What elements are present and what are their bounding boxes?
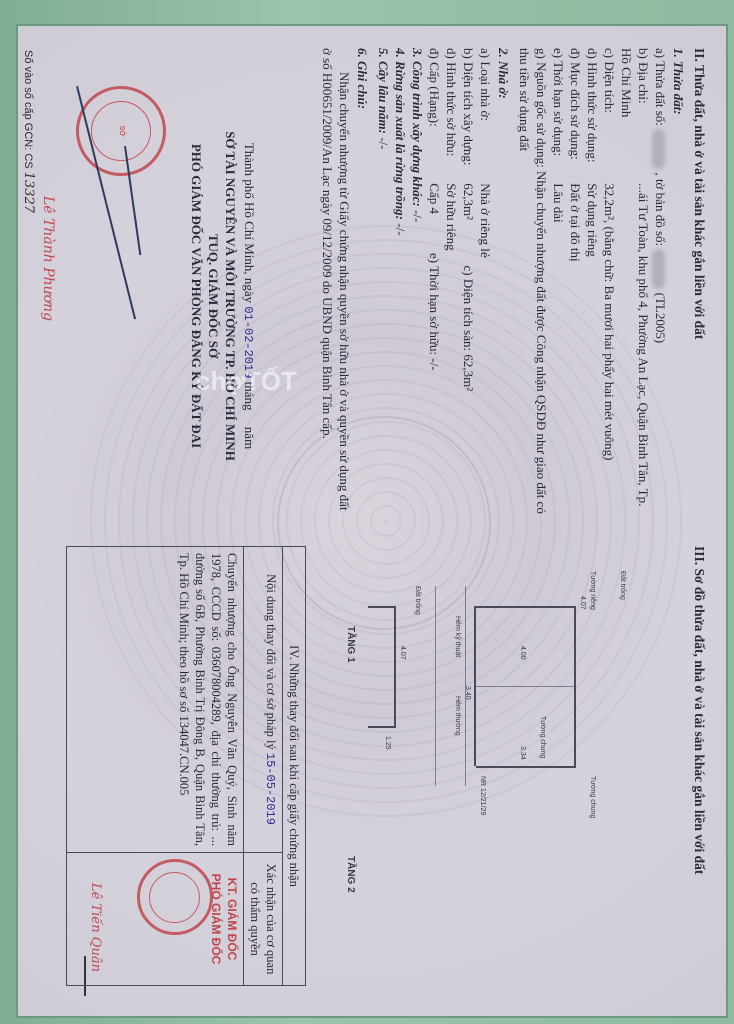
floor2-label: TẦNG 2 bbox=[345, 856, 356, 893]
issue-date-row: Thành phố Hồ Chí Minh, ngày 01-02-2019 t… bbox=[239, 86, 258, 506]
land-term-row: e) Thời hạn sử dụng: Lâu dài bbox=[550, 48, 567, 518]
signature-block: Thành phố Hồ Chí Minh, ngày 01-02-2019 t… bbox=[188, 86, 258, 506]
changes-table: IV. Những thay đổi sau khi cấp giấy chứn… bbox=[66, 546, 306, 986]
changes-header-row: Nội dung thay đổi và cơ sở pháp lý 15-05… bbox=[244, 547, 283, 986]
house-grade-row: đ) Cấp (Hạng): Cấp 4 e) Thời hạn sở hữu:… bbox=[426, 48, 443, 518]
changes-title-row: IV. Những thay đổi sau khi cấp giấy chứn… bbox=[283, 547, 306, 986]
land-heading: 1. Thửa đất: bbox=[670, 48, 687, 518]
official-red-stamp: SỞ bbox=[76, 86, 166, 176]
land-origin-row: g) Nguồn gốc sử dụng: Nhận chuyển nhượng… bbox=[516, 48, 550, 518]
section4-heading: IV. Những thay đổi sau khi cấp giấy chứn… bbox=[283, 547, 306, 986]
notes-heading: 6. Ghi chú: bbox=[354, 48, 371, 518]
document-photo: II. Thửa đất, nhà ở và tài sản khác gắn … bbox=[14, 26, 734, 1016]
notes-text: Nhận chuyển nhượng từ Giấy chứng nhận qu… bbox=[319, 48, 353, 518]
confirm-signer: Lê Tiến Quân bbox=[87, 883, 103, 972]
land-certificate-page: II. Thửa đất, nhà ở và tài sản khác gắn … bbox=[18, 26, 726, 1016]
house-type-row: a) Loại nhà ở: Nhà ở riêng lẻ bbox=[477, 48, 494, 518]
handwritten-serial: 13327 bbox=[21, 172, 36, 213]
section3-heading: III. Sơ đồ thửa đất, nhà ở và tài sản kh… bbox=[691, 546, 708, 996]
floor1-label: TẦNG 1 bbox=[345, 626, 356, 663]
perennial-row: 5. Cây lâu năm: -/- bbox=[375, 48, 392, 518]
plan-line bbox=[395, 606, 397, 726]
land-usage-form-row: d) Hình thức sử dụng: Sử dụng riêng bbox=[584, 48, 601, 518]
section2-heading: II. Thửa đất, nhà ở và tài sản khác gắn … bbox=[691, 48, 708, 518]
signer-title: PHÓ GIÁM ĐỐC VĂN PHÒNG ĐĂNG KÝ ĐẤT ĐAI bbox=[188, 86, 205, 506]
house-build-area-row: b) Diện tích xây dựng: 62,3m² c) Diện tí… bbox=[460, 48, 477, 518]
house-ownership-row: d) Hình thức sở hữu: Sở hữu riêng bbox=[443, 48, 460, 518]
redacted-map-sheet bbox=[652, 249, 665, 289]
change-date: 15-05-2019 bbox=[263, 753, 277, 825]
plan-line bbox=[476, 766, 576, 768]
change-content: Chuyển nhượng cho Ông Nguyễn Văn Quý, Si… bbox=[67, 547, 244, 853]
plan-line bbox=[368, 606, 396, 608]
land-area-row: c) Diện tích: 32,2m², (bằng chữ: Ba mươi… bbox=[601, 48, 618, 518]
site-plan-drawing: Tường riêng Đất trống Tường chung Tường … bbox=[366, 566, 666, 996]
land-address-row: b) Địa chỉ: ...ái Tư Toàn, khu phố 4, Ph… bbox=[618, 48, 652, 518]
land-parcel-row: a) Thửa đất số: , tờ bản đồ số: (TL2005) bbox=[652, 48, 669, 518]
signer-name: Lê Thành Phương bbox=[40, 196, 56, 321]
plan-line bbox=[435, 586, 436, 786]
plan-line bbox=[476, 606, 576, 608]
other-works-row: 3. Công trình xây dựng khác: -/- bbox=[409, 48, 426, 518]
plan-line bbox=[368, 726, 396, 728]
confirmation-red-stamp bbox=[137, 859, 213, 935]
tuq-line: TUQ. GIÁM ĐỐC SỞ bbox=[205, 86, 222, 506]
registry-serial: Số vào sổ cấp GCN: CS 13327 bbox=[21, 50, 36, 213]
plan-line bbox=[476, 686, 576, 687]
changes-col1-header: Nội dung thay đổi và cơ sở pháp lý 15-05… bbox=[244, 547, 283, 853]
land-purpose-row: đ) Mục đích sử dụng: Đất ở tại đô thị bbox=[567, 48, 584, 518]
house-heading: 2. Nhà ở: bbox=[495, 48, 512, 518]
section-site-plan: III. Sơ đồ thửa đất, nhà ở và tài sản kh… bbox=[691, 546, 708, 996]
change-confirmation: KT. GIÁM ĐỐC PHÓ GIÁM ĐỐC Lê Tiến Quân bbox=[67, 853, 244, 986]
redacted-parcel-number bbox=[652, 129, 665, 169]
section-land-and-house: II. Thửa đất, nhà ở và tài sản khác gắn … bbox=[319, 48, 708, 518]
changes-col2-header: Xác nhận của cơ quan có thẩm quyền bbox=[244, 853, 283, 986]
issuing-agency: SỞ TÀI NGUYÊN VÀ MÔI TRƯỜNG TP. HỒ CHÍ M… bbox=[222, 86, 239, 506]
production-forest-row: 4. Rừng sản xuất là rừng trồng: -/- bbox=[392, 48, 409, 518]
changes-entry-row: Chuyển nhượng cho Ông Nguyễn Văn Quý, Si… bbox=[67, 547, 244, 986]
chotot-watermark: chợTỐT bbox=[196, 366, 316, 426]
